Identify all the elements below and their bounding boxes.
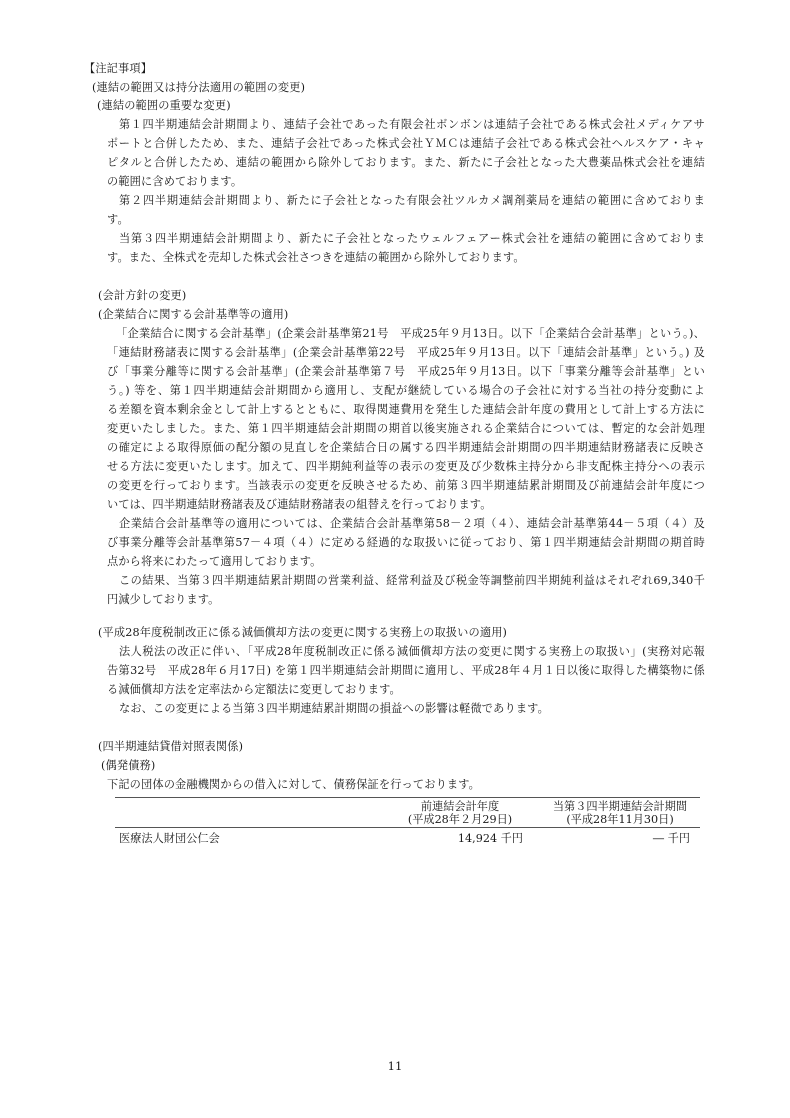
- paragraph-line: 「企業結合に関する会計基準」(企業会計基準第21号 平成25年９月13日。以下「…: [116, 327, 705, 341]
- table-header-rule: [115, 827, 700, 828]
- paragraph-line: す。: [107, 213, 129, 227]
- paragraph-line: る差額を資本剰余金として計上するとともに、取得関連費用を発生した連結会計年度の費…: [107, 403, 705, 417]
- column-header-prior-year: 前連結会計年度: [380, 800, 540, 814]
- row-value-current-quarter: ― 千円: [540, 832, 690, 846]
- paragraph-line: ピタルと合併したため、連結の範囲から除外しております。また、新たに子会社となった…: [107, 156, 705, 170]
- paragraph-line: 法人税法の改正に伴い、「平成28年度税制改正に係る減価償却方法の変更に関する実務…: [119, 645, 705, 659]
- paragraph-line: この結果、当第３四半期連結累計期間の営業利益、経常利益及び税金等調整前四半期純利…: [119, 574, 705, 588]
- paragraph-line: 第１四半期連結会計期間より、連結子会社であった有限会社ボンボンは連結子会社である…: [119, 118, 705, 132]
- column-header-current-quarter-date: (平成28年11月30日): [540, 813, 700, 827]
- paragraph-line: 「連結財務諸表に関する会計基準」(企業会計基準第22号 平成25年９月13日。以…: [107, 346, 705, 360]
- section-title: 【注記事項】: [84, 62, 152, 76]
- paragraph-line: 第２四半期連結会計期間より、新たに子会社となった有限会社ツルカメ調剤薬局を連結の…: [119, 194, 705, 208]
- paragraph-line: せる方法に変更いたします。加えて、四半期純利益等の表示の変更及び少数株主持分から…: [107, 460, 705, 474]
- paragraph-line: 点から将来にわたって適用しております。: [107, 555, 322, 569]
- depreciation-heading: (平成28年度税制改正に係る減価償却方法の変更に関する実務上の取扱いの適用): [98, 626, 507, 640]
- paragraph-line: ポートと合併したため、また、連結子会社であった株式会社ＹＭＣは連結子会社である株…: [107, 137, 705, 151]
- paragraph-line: の確定による取得原価の配分額の見直しを企業結合日の属する四半期連結会計期間の四半…: [107, 441, 705, 455]
- paragraph-line: いては、四半期連結財務諸表及び連結財務諸表の組替えを行っております。: [107, 498, 492, 512]
- paragraph-line: 企業結合会計基準等の適用については、企業結合会計基準第58－２項（４）、連結会計…: [119, 517, 705, 531]
- balance-sheet-heading: (四半期連結貸借対照表関係): [98, 740, 243, 754]
- scope-change-heading: (連結の範囲又は持分法適用の範囲の変更): [92, 81, 305, 95]
- paragraph-line: る減価償却方法を定率法から定額法に変更しております。: [107, 683, 401, 697]
- column-header-current-quarter: 当第３四半期連結会計期間: [540, 800, 700, 814]
- scope-change-subheading: (連結の範囲の重要な変更): [97, 99, 231, 113]
- paragraph-line: 円減少しております。: [107, 593, 219, 607]
- paragraph-line: 当第３四半期連結会計期間より、新たに子会社となったウェルフェアー株式会社を連結の…: [119, 232, 705, 246]
- column-header-prior-year-date: (平成28年２月29日): [380, 813, 540, 827]
- paragraph-line: び「事業分離等に関する会計基準」(企業会計基準第７号 平成25年９月13日。以下…: [107, 365, 705, 379]
- table-top-rule: [115, 797, 700, 798]
- policy-change-subheading: (企業結合に関する会計基準等の適用): [98, 308, 288, 322]
- paragraph-line: び事業分離等会計基準第57－４項（４）に定める経過的な取扱いに従っており、第１四…: [107, 536, 705, 550]
- row-value-prior-year: 14,924 千円: [380, 832, 523, 846]
- paragraph-line: う。) 等を、第１四半期連結会計期間から適用し、支配が継続している場合の子会社に…: [107, 384, 705, 398]
- paragraph-line: 告第32号 平成28年６月17日) を第１四半期連結会計期間に適用し、平成28年…: [107, 664, 705, 678]
- contingent-liabilities-subheading: (偶発債務): [101, 759, 155, 773]
- policy-change-heading: (会計方針の変更): [98, 289, 186, 303]
- paragraph-line: の変更を行っております。当該表示の変更を反映させるため、前第３四半期連結累計期間…: [107, 479, 705, 493]
- document-page: 【注記事項】 (連結の範囲又は持分法適用の範囲の変更) (連結の範囲の重要な変更…: [0, 0, 790, 1118]
- paragraph-line: なお、この変更による当第３四半期連結累計期間の損益への影響は軽微であります。: [119, 702, 549, 716]
- paragraph-line: の範囲に含めております。: [107, 175, 242, 189]
- guarantee-intro: 下記の団体の金融機関からの借入に対して、債務保証を行っております。: [107, 778, 480, 792]
- paragraph-line: す。また、全株式を売却した株式会社さつきを連結の範囲から除外しております。: [107, 251, 525, 265]
- paragraph-line: 変更いたしました。また、第１四半期連結会計期間の期首以後実施される企業結合につい…: [107, 422, 705, 436]
- page-number: 11: [0, 1059, 790, 1073]
- row-name: 医療法人財団公仁会: [119, 832, 220, 846]
